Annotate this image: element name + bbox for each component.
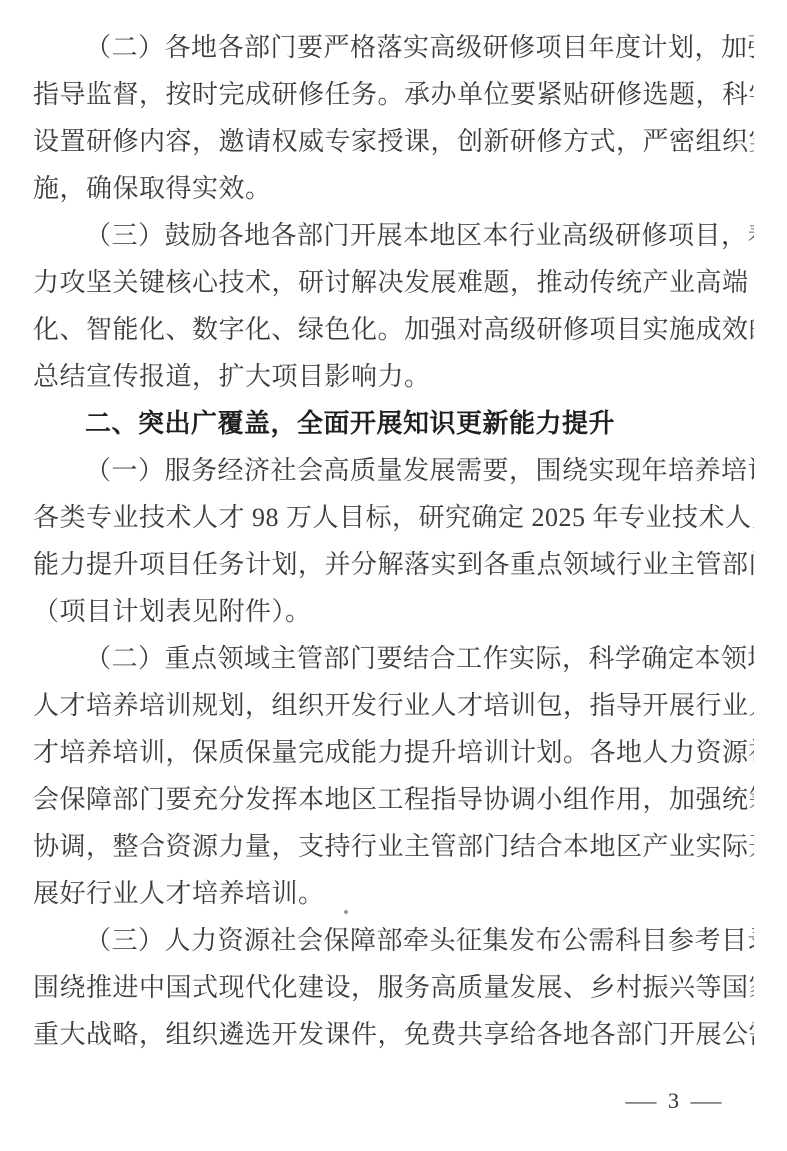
text-line: 力攻坚关键核心技术，研讨解决发展难题，推动传统产业高端: [33, 259, 754, 306]
text-line: 能力提升项目任务计划，并分解落实到各重点领域行业主管部门: [33, 541, 754, 588]
paragraph-5: （三）人力资源社会保障部牵头征集发布公需科目参考目录， 围绕推进中国式现代化建设…: [33, 917, 754, 1058]
page-number: —3—: [630, 1086, 717, 1116]
section-heading: 二、突出广覆盖，全面开展知识更新能力提升: [33, 400, 754, 447]
text-line: （三）人力资源社会保障部牵头征集发布公需科目参考目录，: [33, 917, 754, 964]
section-heading-text: 二、突出广覆盖，全面开展知识更新能力提升: [33, 400, 754, 447]
text-line: 化、智能化、数字化、绿色化。加强对高级研修项目实施成效的: [33, 306, 754, 353]
text-line: （项目计划表见附件）。: [33, 588, 754, 635]
text-line: 展好行业人才培养培训。: [33, 870, 754, 917]
text-line: 各类专业技术人才 98 万人目标，研究确定 2025 年专业技术人员: [33, 494, 754, 541]
text-line: 总结宣传报道，扩大项目影响力。: [33, 353, 754, 400]
text-line: 会保障部门要充分发挥本地区工程指导协调小组作用，加强统筹: [33, 776, 754, 823]
scan-speck: [344, 910, 348, 914]
text-line: 指导监督，按时完成研修任务。承办单位要紧贴研修选题，科学: [33, 71, 754, 118]
text-line: 围绕推进中国式现代化建设，服务高质量发展、乡村振兴等国家: [33, 964, 754, 1011]
text-line: （三）鼓励各地各部门开展本地区本行业高级研修项目，着: [33, 212, 754, 259]
text-line: 协调，整合资源力量，支持行业主管部门结合本地区产业实际开: [33, 823, 754, 870]
text-line: （二）重点领域主管部门要结合工作实际，科学确定本领域: [33, 635, 754, 682]
page-number-value: 3: [668, 1086, 679, 1116]
text-line: （二）各地各部门要严格落实高级研修项目年度计划，加强: [33, 24, 754, 71]
paragraph-3: （一）服务经济社会高质量发展需要，围绕实现年培养培训 各类专业技术人才 98 万…: [33, 447, 754, 635]
text-line: 才培养培训，保质保量完成能力提升培训计划。各地人力资源社: [33, 729, 754, 776]
text-line: 设置研修内容，邀请权威专家授课，创新研修方式，严密组织实: [33, 118, 754, 165]
page-number-left-dash: —: [626, 1086, 657, 1116]
page-number-right-dash: —: [691, 1086, 722, 1116]
text-line: 重大战略，组织遴选开发课件，免费共享给各地各部门开展公需: [33, 1011, 754, 1058]
paragraph-1: （二）各地各部门要严格落实高级研修项目年度计划，加强 指导监督，按时完成研修任务…: [33, 24, 754, 212]
paragraph-4: （二）重点领域主管部门要结合工作实际，科学确定本领域 人才培养培训规划，组织开发…: [33, 635, 754, 917]
scanned-document-page: （二）各地各部门要严格落实高级研修项目年度计划，加强 指导监督，按时完成研修任务…: [0, 0, 787, 1151]
paragraph-2: （三）鼓励各地各部门开展本地区本行业高级研修项目，着 力攻坚关键核心技术，研讨解…: [33, 212, 754, 400]
text-line: （一）服务经济社会高质量发展需要，围绕实现年培养培训: [33, 447, 754, 494]
text-line: 施，确保取得实效。: [33, 165, 754, 212]
document-body: （二）各地各部门要严格落实高级研修项目年度计划，加强 指导监督，按时完成研修任务…: [33, 24, 754, 1058]
text-line: 人才培养培训规划，组织开发行业人才培训包，指导开展行业人: [33, 682, 754, 729]
